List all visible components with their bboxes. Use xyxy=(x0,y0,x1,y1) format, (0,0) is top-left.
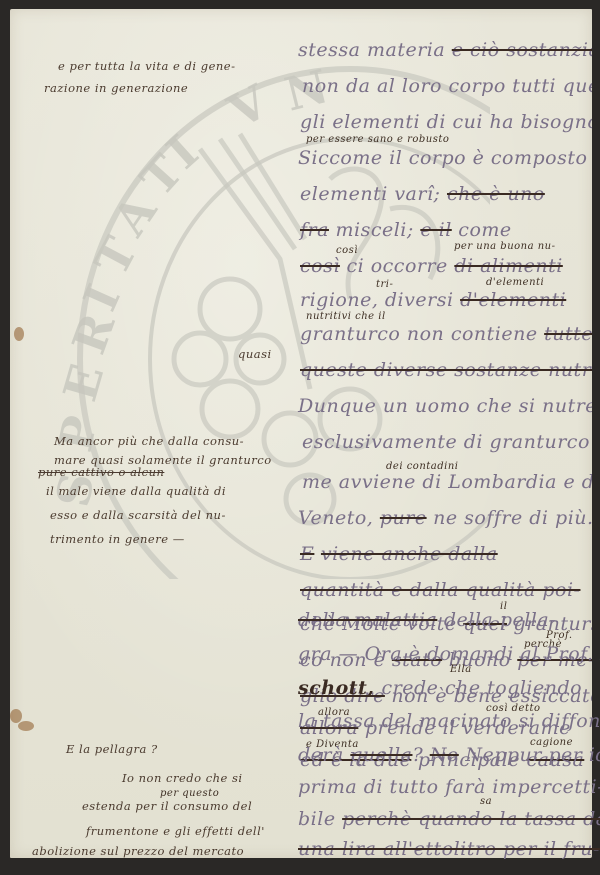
margin-note-middle-3: pure cattivo o alcun xyxy=(38,465,164,479)
svg-text:I: I xyxy=(73,277,131,319)
svg-text:T: T xyxy=(130,145,193,207)
insertion-sa: sa xyxy=(480,796,492,807)
main-line-14: E viene anche dalla xyxy=(300,543,498,565)
margin-note-middle-1: Ma ancor più che dalla consu- xyxy=(54,434,244,448)
main-line-23: schott, crede che togliendo xyxy=(298,677,582,699)
margin-note-bottom-insert: per questo xyxy=(160,788,219,799)
main-line-15: quantità e dalla qualità poi- xyxy=(300,579,580,601)
main-line-26: prima di tutto farà impercetti- xyxy=(298,776,600,798)
main-line-12: me avviene di Lombardia e del xyxy=(302,471,592,493)
main-line-22: gra — Ora è domandi al Prof. Mole xyxy=(298,643,600,665)
svg-text:I: I xyxy=(156,125,208,180)
insertion-d-elementi: d'elementi xyxy=(486,277,544,288)
margin-note-middle-6: trimento in genere — xyxy=(50,532,185,546)
svg-text:T: T xyxy=(84,229,148,285)
margin-note-bottom-1: E la pellagra ? xyxy=(66,742,158,756)
margin-note-top-1: e per tutta la vita e di gene- xyxy=(58,59,235,73)
insertion-per-una-buona: per una buona nu- xyxy=(454,241,556,252)
main-line-13: Veneto, pure ne soffre di più. xyxy=(298,507,592,529)
svg-text:R: R xyxy=(62,306,126,361)
margin-note-middle-5: esso e dalla scarsità del nu- xyxy=(50,508,226,522)
main-line-24: la tassa del macinato si diffon- xyxy=(298,710,600,732)
main-line-7: rigione, diversi d'elementi xyxy=(300,289,566,311)
margin-note-bottom-5: abolizione sul prezzo del mercato xyxy=(32,844,244,858)
insertion-ella: Ella xyxy=(450,664,472,675)
ink-stain xyxy=(14,327,24,341)
margin-note-bottom-4: frumentone e gli effetti dell' xyxy=(86,824,265,838)
main-line-28: una lira all'ettolitro per il fru- xyxy=(298,838,600,860)
ink-stain xyxy=(18,721,34,731)
main-line-2: gli elementi di cui ha bisogno; xyxy=(300,111,592,133)
margin-note-bottom-2: Io non credo che si xyxy=(122,771,243,785)
main-line-1: non da al loro corpo tutti que- xyxy=(302,75,592,97)
margin-note-quasi: quasi xyxy=(238,347,272,361)
svg-text:E: E xyxy=(53,358,115,407)
main-line-4: elementi varî; che è uno xyxy=(300,183,545,205)
main-line-11: esclusivamente di granturco co- xyxy=(302,431,592,453)
margin-note-bottom-3: estenda per il consumo del xyxy=(82,799,252,813)
main-line-8: granturco non contiene tutte xyxy=(300,323,592,345)
margin-note-middle-4: il male viene dalla qualità di xyxy=(46,484,226,498)
main-line-27: bile perchè quando la tassa da xyxy=(298,808,600,830)
svg-text:A: A xyxy=(102,184,168,246)
insertion-nutritivi: nutritivi che il xyxy=(306,311,386,322)
svg-text:V: V xyxy=(219,74,278,140)
ink-stain xyxy=(10,709,22,723)
main-line-0: stessa materia e ciò sostanzialmente xyxy=(298,39,592,61)
main-line-5: fra misceli; e il come xyxy=(300,219,512,241)
main-line-3: Siccome il corpo è composto di xyxy=(298,147,592,169)
main-line-25: derà quella? No Neppur per idea, xyxy=(298,744,600,766)
insertion-prof: Prof. xyxy=(546,630,573,641)
main-line-21: della malattia della pella- xyxy=(298,609,556,631)
insertion-per-essere-sano: per essere sano e robusto xyxy=(306,134,449,145)
main-line-10: Dunque un uomo che si nutre xyxy=(298,395,592,417)
margin-note-top-2: razione in generazione xyxy=(44,81,188,95)
main-line-6: così ci occorre di alimenti xyxy=(300,255,563,277)
main-line-9: queste diverse sostanze nutritive; xyxy=(300,359,592,381)
